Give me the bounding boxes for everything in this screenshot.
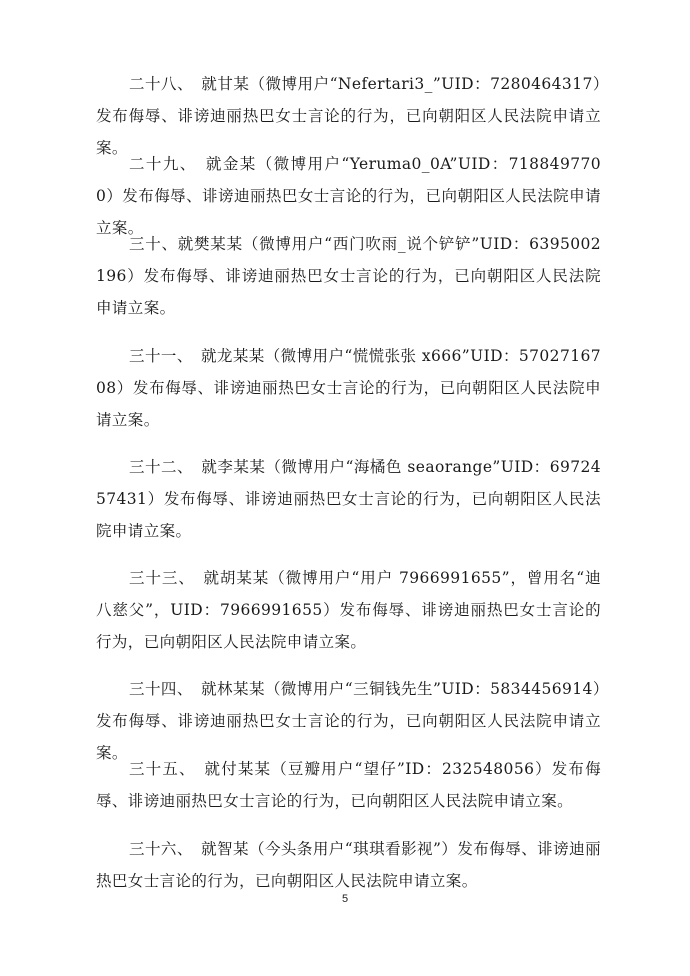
- document-page: 二十八、 就甘某（微博用户“Nefertari3_”UID：7280464317…: [0, 0, 690, 976]
- paragraph-32: 三十二、 就李某某（微博用户“海橘色 seaorange”UID：6972457…: [96, 451, 601, 547]
- paragraph-35: 三十五、 就付某某（豆瓣用户“望仔”ID：232548056）发布侮辱、诽谤迪丽…: [96, 753, 601, 817]
- paragraph-31: 三十一、 就龙某某（微博用户“慌慌张张 x666”UID：5702716708）…: [96, 340, 601, 436]
- paragraph-33: 三十三、 就胡某某（微博用户“用户 7966991655”，曾用名“迪八慈父”，…: [96, 562, 601, 658]
- paragraph-36: 三十六、 就智某（今头条用户“琪琪看影视”）发布侮辱、诽谤迪丽热巴女士言论的行为…: [96, 833, 601, 897]
- paragraph-30: 三十、就樊某某（微博用户“西门吹雨_说个铲铲”UID：6395002196）发布…: [96, 228, 601, 324]
- page-number: 5: [0, 893, 690, 905]
